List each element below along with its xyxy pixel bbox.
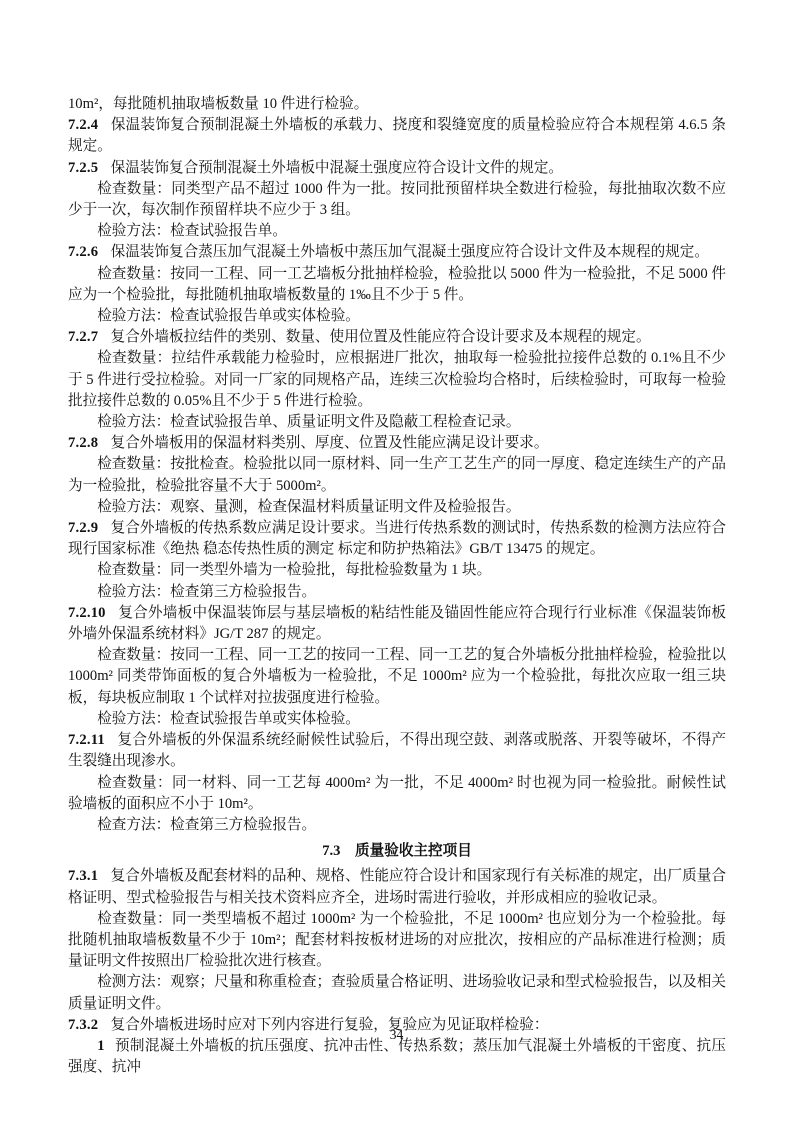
heading-text: 质量验收主控项目: [355, 843, 472, 859]
clause-number: 7.2.6: [68, 244, 98, 260]
paragraph-text: 检查方法：检查第三方检验报告。: [97, 817, 316, 833]
page-number: 34: [390, 1027, 404, 1042]
paragraph-text: 检验方法：检查试验报告单或实体检验。: [97, 308, 360, 324]
paragraph-text: 复合外墙板拉结件的类别、数量、使用位置及性能应符合设计要求及本规程的规定。: [111, 329, 651, 345]
section-heading: 7.3质量验收主控项目: [68, 841, 726, 862]
clause-number: 7.2.7: [68, 329, 98, 345]
text-paragraph: 检查数量：同一类型外墙为一检验批，每批检验数量为 1 块。: [68, 560, 726, 581]
paragraph-text: 保温装饰复合预制混凝土外墙板的承载力、挠度和裂缝宽度的质量检验应符合本规程第 4…: [68, 117, 726, 154]
text-paragraph: 检验方法：观察、量测，检查保温材料质量证明文件及检验报告。: [68, 497, 726, 518]
paragraph-text: 检查数量：拉结件承载能力检验时，应根据进厂批次，抽取每一检验批拉接件总数的 0.…: [68, 350, 726, 408]
paragraph-text: 检验方法：检查第三方检验报告。: [97, 584, 316, 600]
paragraph-text: 检验方法：检查试验报告单、质量证明文件及隐蔽工程检查记录。: [97, 414, 520, 430]
clause-number: 7.2.11: [68, 732, 105, 748]
text-paragraph: 检查数量：按同一工程、同一工艺墙板分批抽样检验，检验批以 5000 件为一检验批…: [68, 264, 726, 306]
paragraph-text: 检查数量：同类型产品不超过 1000 件为一批。按同批预留样块全数进行检验，每批…: [68, 181, 726, 218]
paragraph-text: 检验方法：检查试验报告单或实体检验。: [97, 711, 360, 727]
clause-paragraph: 7.2.6保温装饰复合蒸压加气混凝土外墙板中蒸压加气混凝土强度应符合设计文件及本…: [68, 242, 726, 263]
paragraph-text: 保温装饰复合预制混凝土外墙板中混凝土强度应符合设计文件的规定。: [111, 160, 563, 176]
clause-number: 7.2.4: [68, 117, 98, 133]
clause-number: 7.2.9: [68, 520, 98, 536]
paragraph-text: 复合外墙板及配套材料的品种、规格、性能应符合设计和国家现行有关标准的规定，出厂质…: [68, 868, 726, 905]
clause-paragraph: 7.3.1复合外墙板及配套材料的品种、规格、性能应符合设计和国家现行有关标准的规…: [68, 866, 726, 908]
paragraph-text: 检查数量：按同一工程、同一工艺墙板分批抽样检验，检验批以 5000 件为一检验批…: [68, 266, 726, 303]
clause-paragraph: 7.2.9复合外墙板的传热系数应满足设计要求。当进行传热系数的测试时，传热系数的…: [68, 518, 726, 560]
text-paragraph: 检验方法：检查试验报告单、质量证明文件及隐蔽工程检查记录。: [68, 412, 726, 433]
clause-paragraph: 7.2.8复合外墙板用的保温材料类别、厚度、位置及性能应满足设计要求。: [68, 433, 726, 454]
clause-number: 7.2.5: [68, 160, 98, 176]
paragraph-text: 检测方法：观察；尺量和称重检查；查验质量合格证明、进场验收记录和型式检验报告，以…: [68, 974, 726, 1011]
paragraph-text: 检验方法：检查试验报告单。: [97, 223, 287, 239]
paragraph-text: 检查数量：同一材料、同一工艺每 4000m² 为一批，不足 4000m² 时也视…: [68, 775, 726, 812]
paragraph-text: 10m²，每批随机抽取墙板数量 10 件进行检验。: [68, 96, 368, 112]
document-content: 10m²，每批随机抽取墙板数量 10 件进行检验。7.2.4保温装饰复合预制混凝…: [68, 94, 726, 1078]
paragraph-text: 检查数量：按同一工程、同一工艺的按同一工程、同一工艺的复合外墙板分批抽样检验，检…: [68, 647, 726, 705]
text-paragraph: 10m²，每批随机抽取墙板数量 10 件进行检验。: [68, 94, 726, 115]
clause-paragraph: 7.2.4保温装饰复合预制混凝土外墙板的承载力、挠度和裂缝宽度的质量检验应符合本…: [68, 115, 726, 157]
text-paragraph: 检查数量：同一材料、同一工艺每 4000m² 为一批，不足 4000m² 时也视…: [68, 773, 726, 815]
paragraph-text: 复合外墙板中保温装饰层与基层墙板的粘结性能及锚固性能应符合现行行业标准《保温装饰…: [68, 605, 726, 642]
clause-number: 7.3.1: [68, 868, 98, 884]
paragraph-text: 检验方法：观察、量测，检查保温材料质量证明文件及检验报告。: [97, 499, 520, 515]
text-paragraph: 检验方法：检查试验报告单。: [68, 221, 726, 242]
text-paragraph: 检查数量：同一类型墙板不超过 1000m² 为一个检验批，不足 1000m² 也…: [68, 909, 726, 973]
text-paragraph: 检查数量：同类型产品不超过 1000 件为一批。按同批预留样块全数进行检验，每批…: [68, 179, 726, 221]
clause-paragraph: 7.2.11复合外墙板的外保温系统经耐候性试验后，不得出现空鼓、剥落或脱落、开裂…: [68, 730, 726, 772]
page-footer: 34: [0, 1026, 793, 1044]
paragraph-text: 保温装饰复合蒸压加气混凝土外墙板中蒸压加气混凝土强度应符合设计文件及本规程的规定…: [111, 244, 709, 260]
document-page: 10m²，每批随机抽取墙板数量 10 件进行检验。7.2.4保温装饰复合预制混凝…: [0, 0, 793, 1123]
paragraph-text: 复合外墙板的外保温系统经耐候性试验后，不得出现空鼓、剥落或脱落、开裂等破坏，不得…: [68, 732, 726, 769]
paragraph-text: 复合外墙板的传热系数应满足设计要求。当进行传热系数的测试时，传热系数的检测方法应…: [68, 520, 726, 557]
heading-number: 7.3: [322, 843, 340, 859]
clause-number: 7.2.8: [68, 435, 98, 451]
text-paragraph: 检测方法：观察；尺量和称重检查；查验质量合格证明、进场验收记录和型式检验报告，以…: [68, 972, 726, 1014]
text-paragraph: 检查数量：按批检查。检验批以同一原材料、同一生产工艺生产的同一厚度、稳定连续生产…: [68, 454, 726, 496]
paragraph-text: 检查数量：同一类型墙板不超过 1000m² 为一个检验批，不足 1000m² 也…: [68, 911, 726, 969]
clause-paragraph: 7.2.10复合外墙板中保温装饰层与基层墙板的粘结性能及锚固性能应符合现行行业标…: [68, 603, 726, 645]
paragraph-text: 复合外墙板用的保温材料类别、厚度、位置及性能应满足设计要求。: [111, 435, 549, 451]
paragraph-text: 检查数量：按批检查。检验批以同一原材料、同一生产工艺生产的同一厚度、稳定连续生产…: [68, 456, 726, 493]
clause-number: 7.2.10: [68, 605, 106, 621]
text-paragraph: 检验方法：检查试验报告单或实体检验。: [68, 709, 726, 730]
text-paragraph: 检查数量：按同一工程、同一工艺的按同一工程、同一工艺的复合外墙板分批抽样检验，检…: [68, 645, 726, 709]
text-paragraph: 检查方法：检查第三方检验报告。: [68, 815, 726, 836]
paragraph-text: 检查数量：同一类型外墙为一检验批，每批检验数量为 1 块。: [97, 562, 491, 578]
text-paragraph: 检查数量：拉结件承载能力检验时，应根据进厂批次，抽取每一检验批拉接件总数的 0.…: [68, 348, 726, 412]
text-paragraph: 检验方法：检查第三方检验报告。: [68, 582, 726, 603]
clause-paragraph: 7.2.5保温装饰复合预制混凝土外墙板中混凝土强度应符合设计文件的规定。: [68, 158, 726, 179]
text-paragraph: 检验方法：检查试验报告单或实体检验。: [68, 306, 726, 327]
clause-paragraph: 7.2.7复合外墙板拉结件的类别、数量、使用位置及性能应符合设计要求及本规程的规…: [68, 327, 726, 348]
